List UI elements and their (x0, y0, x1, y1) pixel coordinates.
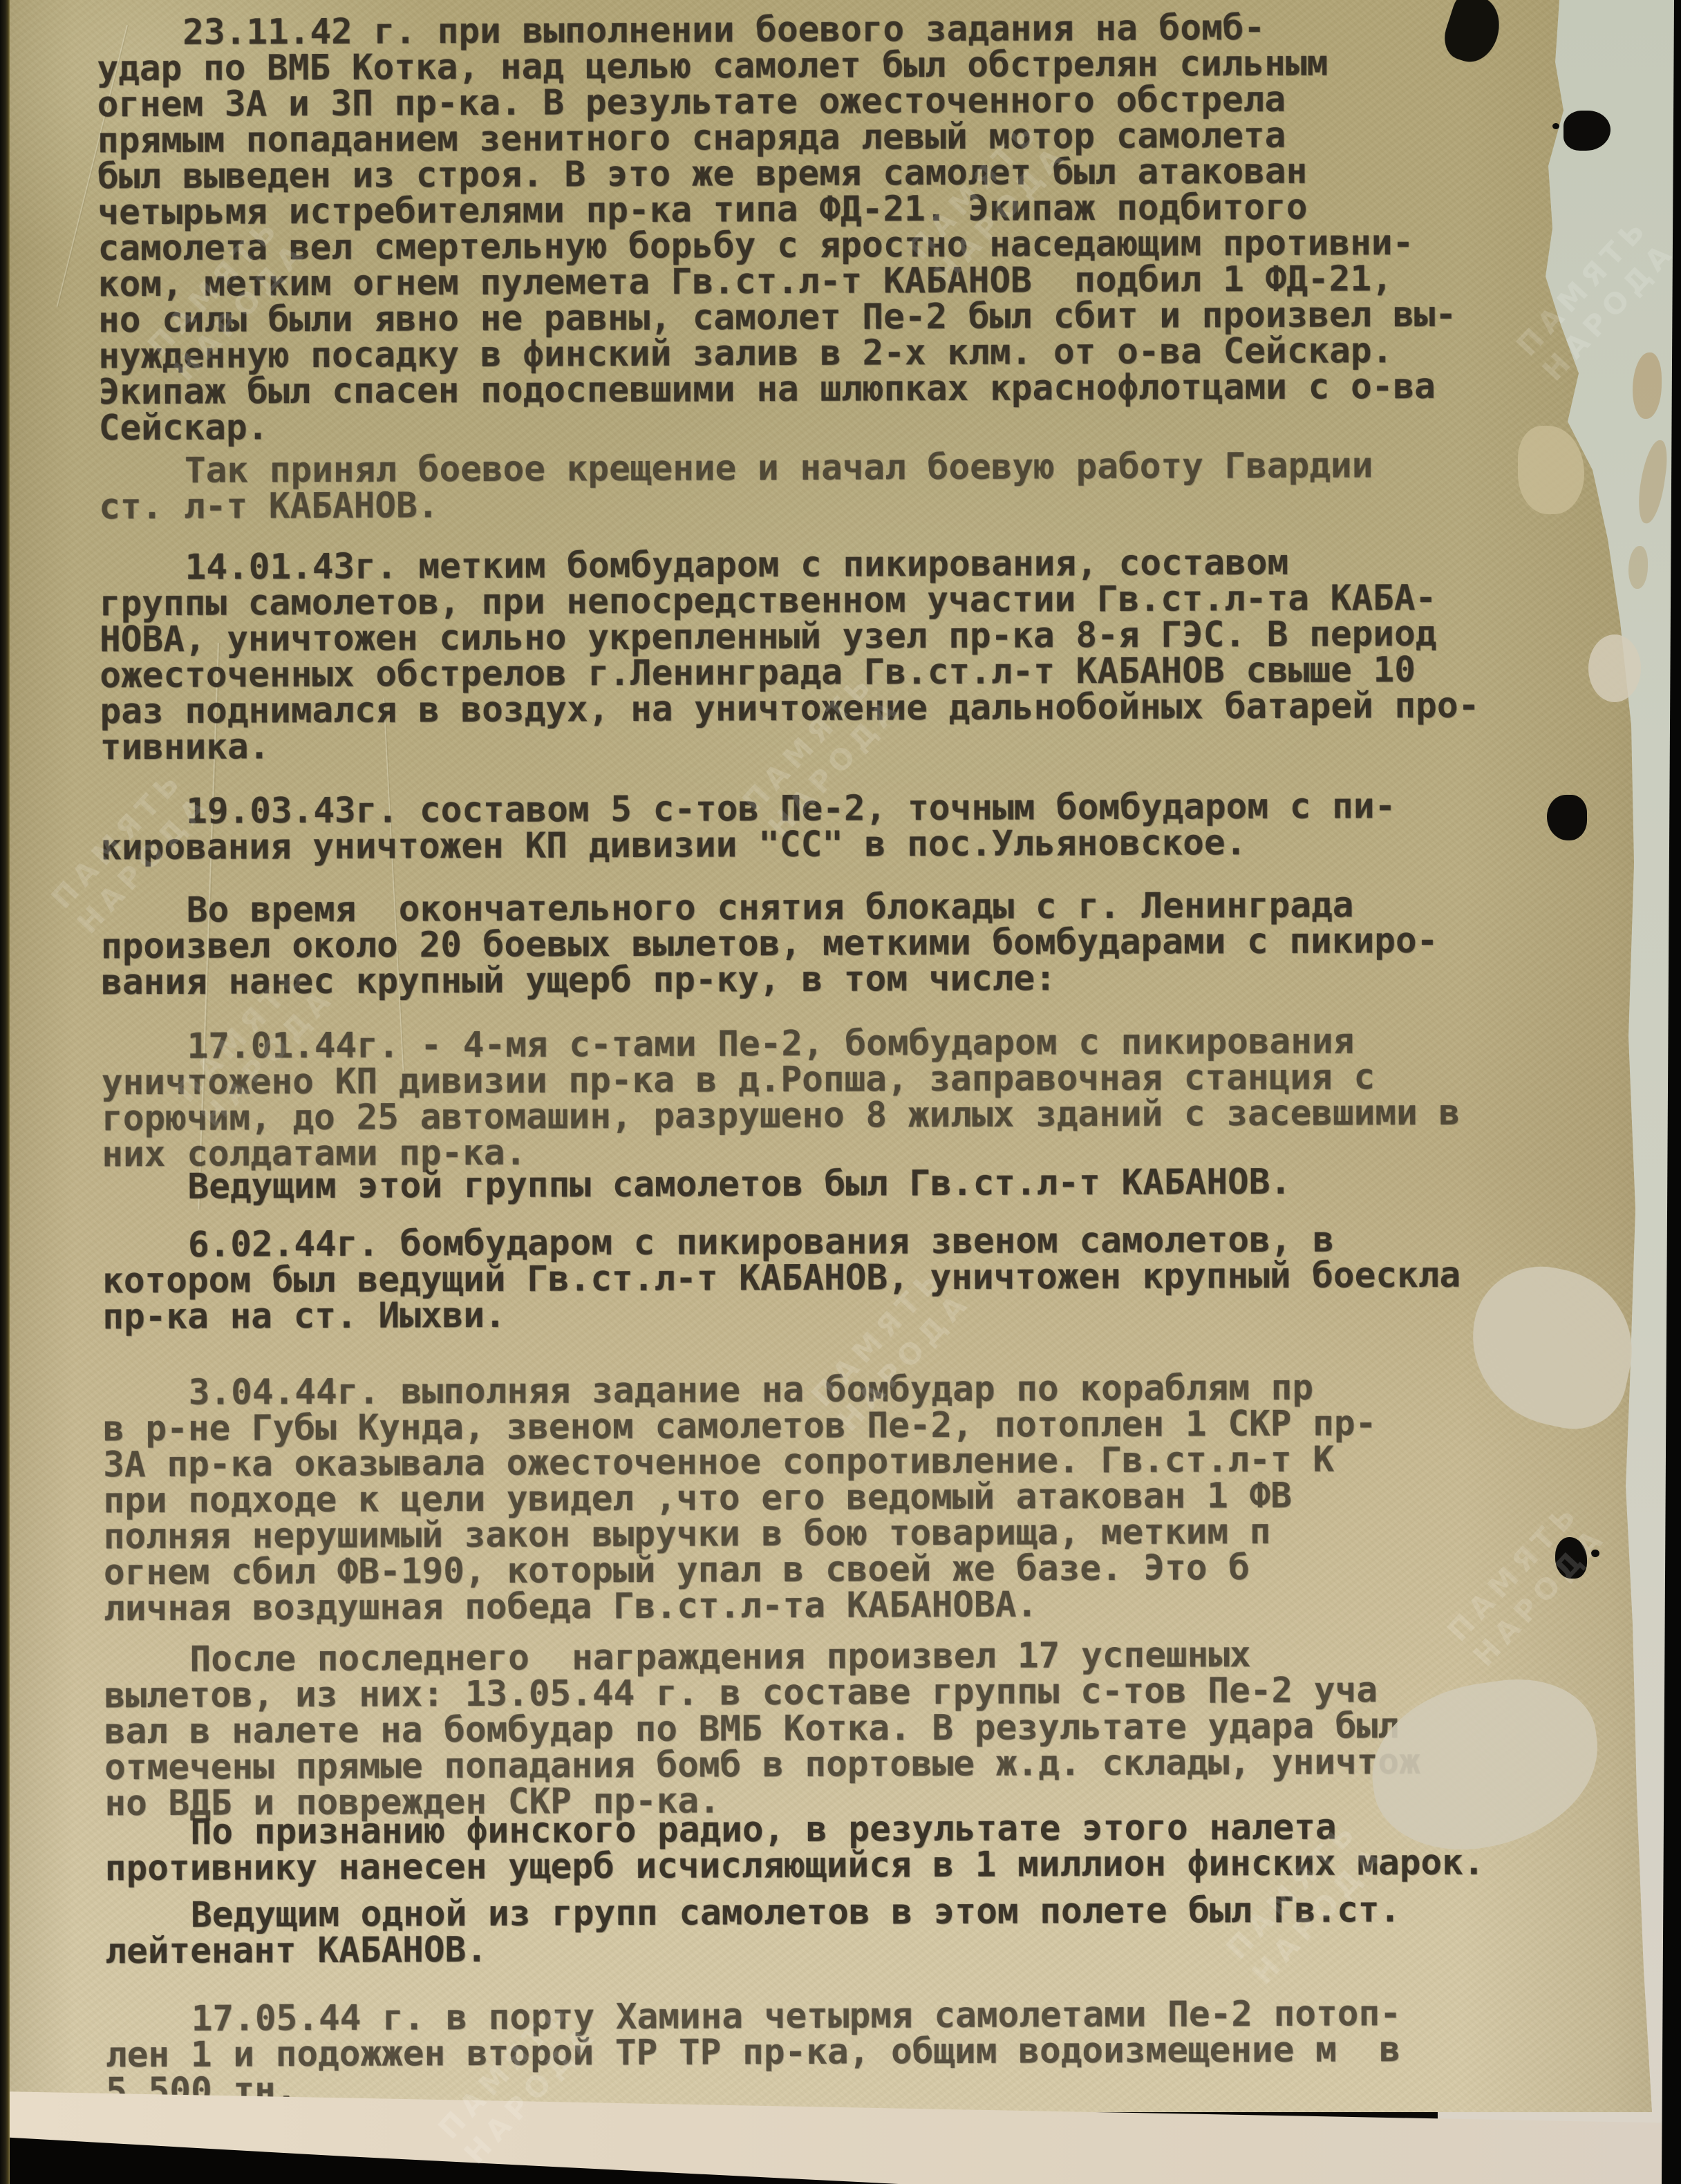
typewritten-paragraph-9: 3.04.44г. выполняя задание на бомбудар п… (103, 1370, 1501, 1628)
typewritten-paragraph-6: 17.01.44г. - 4-мя с-тами Пе-2, бомбударо… (101, 1024, 1498, 1174)
scan-edge-left (0, 0, 10, 2184)
typewritten-paragraph-13: 17.05.44 г. в порту Хамина четырмя самол… (106, 1996, 1503, 2110)
torn-paper-patch (1588, 634, 1641, 702)
scanned-document-page: 23.11.42 г. при выполнении боевого задан… (0, 0, 1681, 2184)
typewritten-paragraph-8: 6.02.44г. бомбударом с пикирования звено… (102, 1222, 1499, 1336)
typewritten-paragraph-7: Ведущим этой группы самолетов был Гв.ст.… (102, 1164, 1498, 1206)
typewritten-paragraph-1: 23.11.42 г. при выполнении боевого задан… (97, 10, 1495, 447)
paper-hole (1552, 123, 1559, 129)
paper-hole (1547, 795, 1587, 840)
typewritten-paragraph-2: Так принял боевое крещение и начал боеву… (99, 448, 1495, 526)
typewritten-paragraph-10: После последнего награждения произвел 17… (104, 1637, 1501, 1823)
